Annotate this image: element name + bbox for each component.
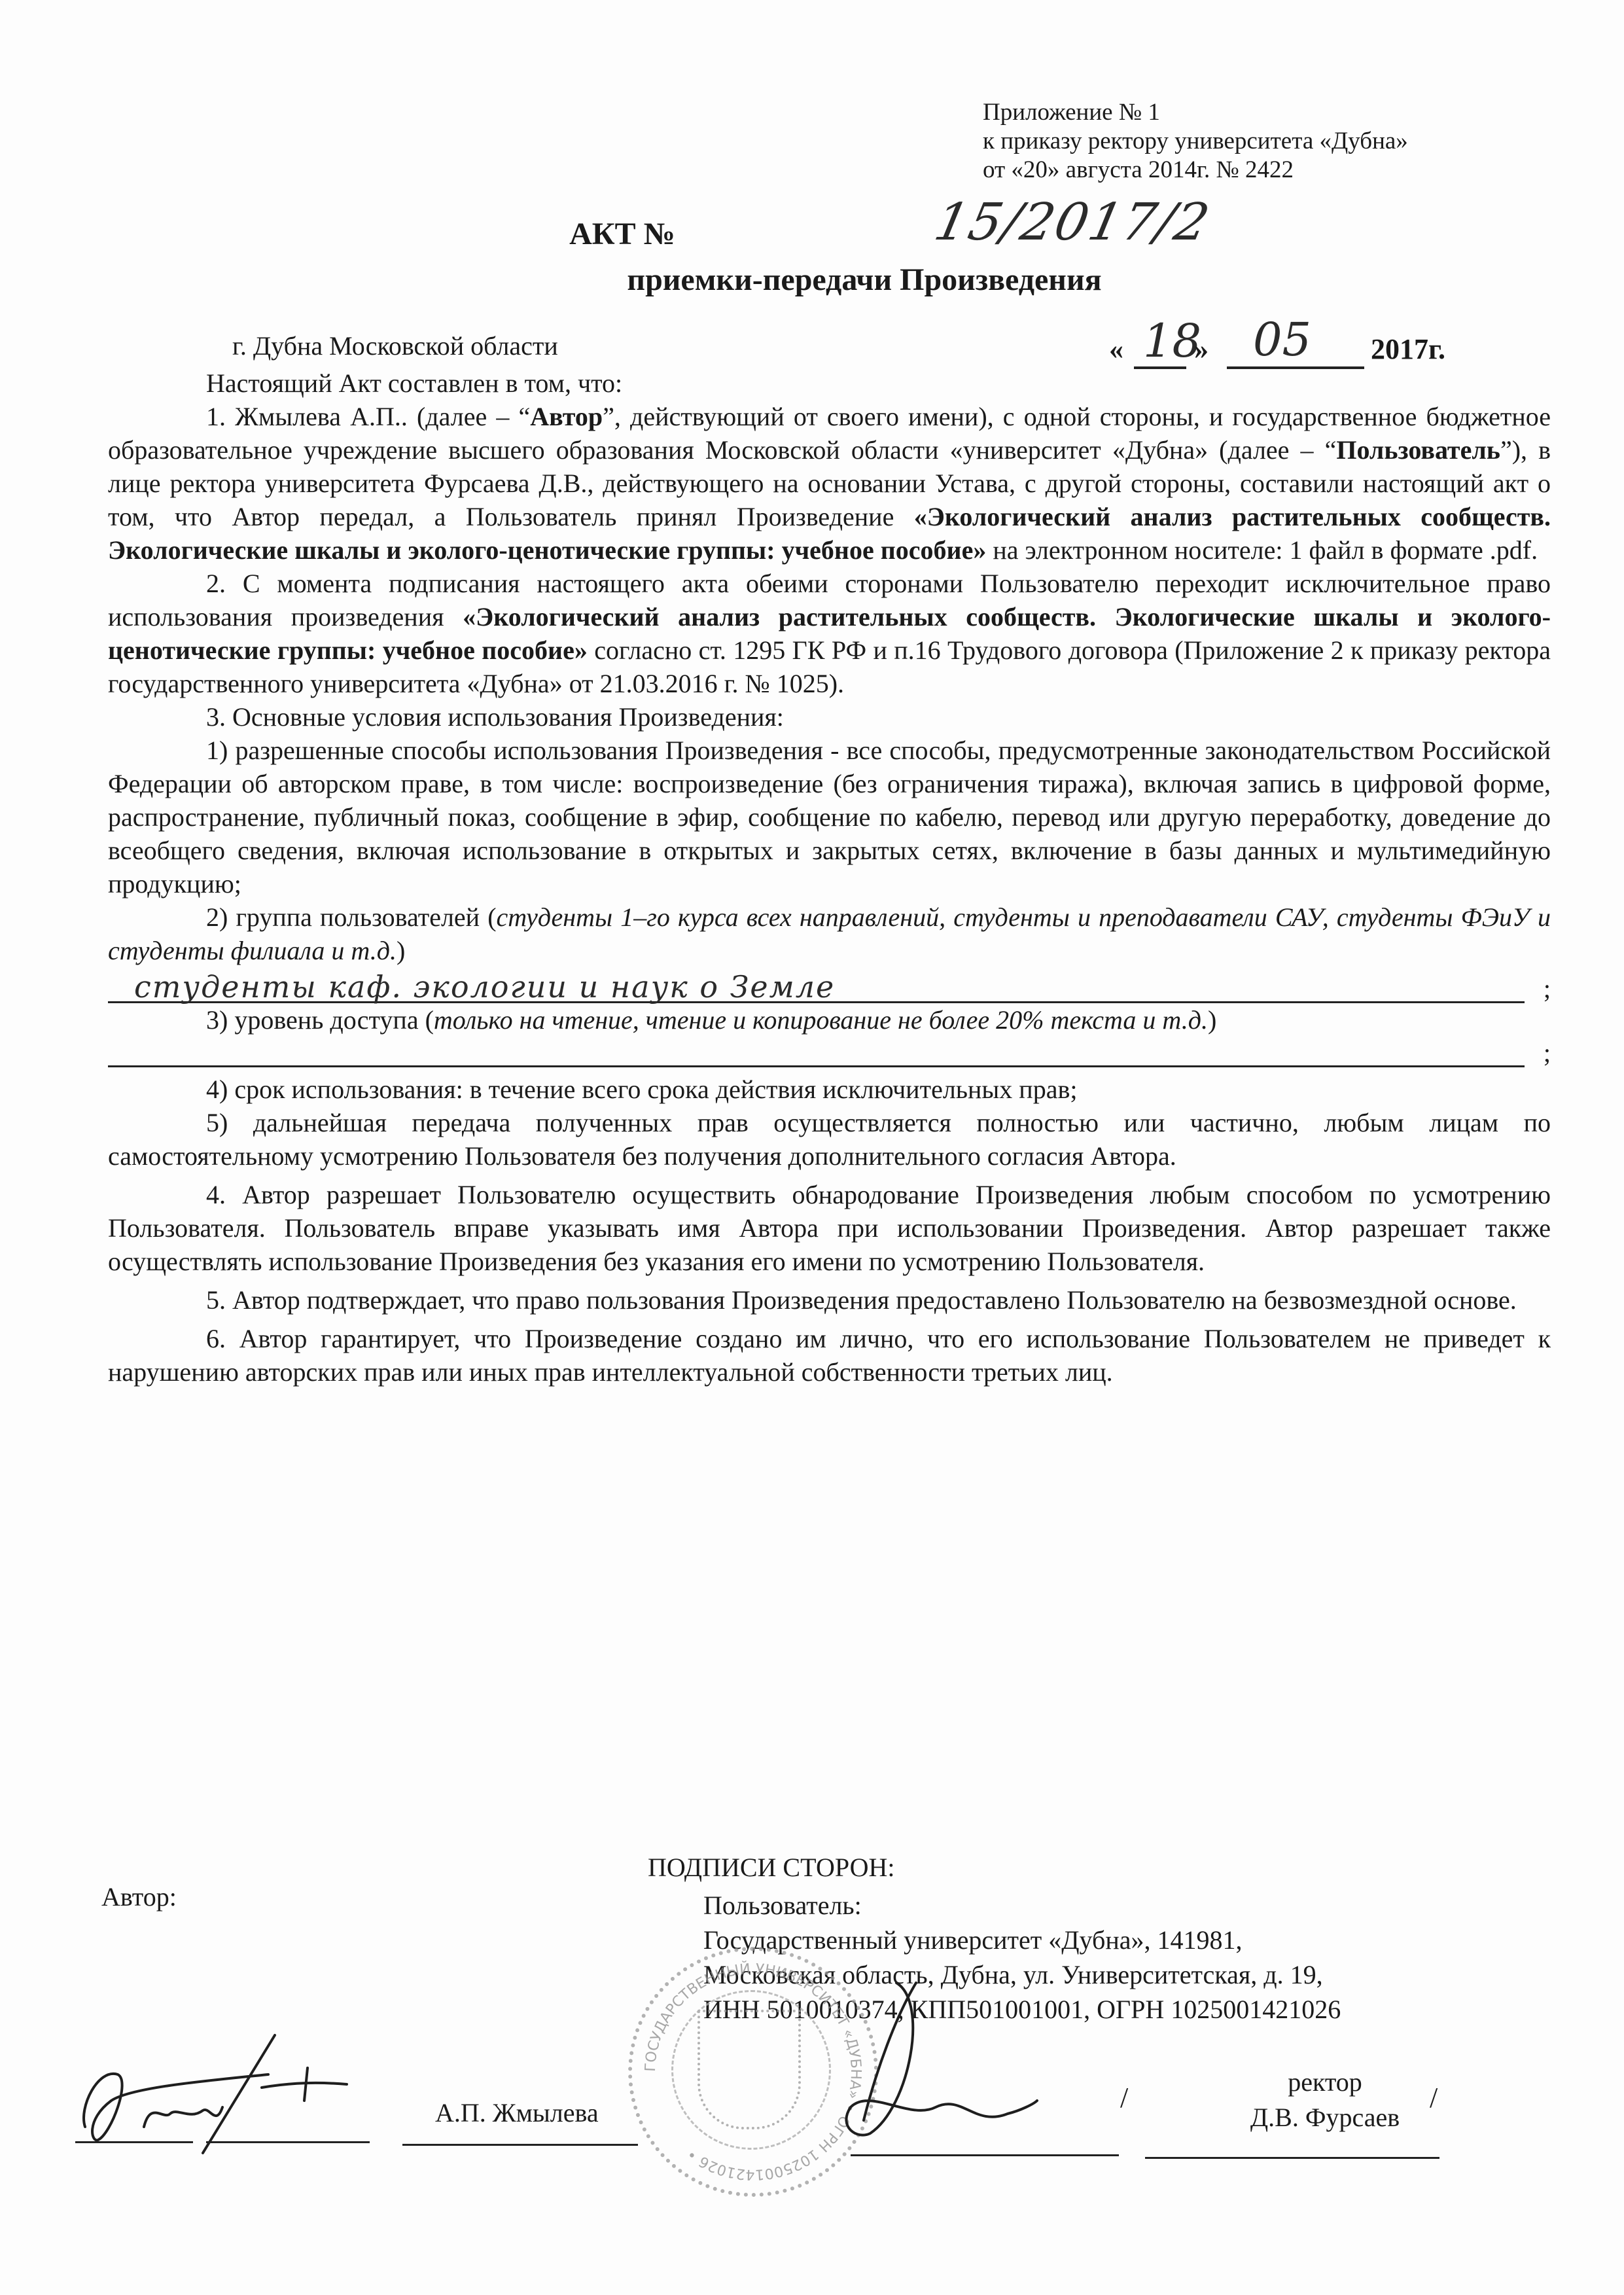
date-day-handwritten: 18: [1143, 314, 1201, 368]
act-subtitle: приемки-передачи Произведения: [0, 262, 1624, 298]
act-number-handwritten: 15/2017/2: [929, 193, 1215, 252]
clause-3-2-close: ): [397, 936, 405, 965]
appendix-line-1: Приложение № 1: [983, 98, 1408, 127]
date-close-quote: »: [1194, 332, 1209, 366]
clause-4: 4. Автор разрешает Пользователю осуществ…: [108, 1178, 1551, 1278]
semicolon: ;: [1544, 1036, 1551, 1069]
clause-2: 2. С момента подписания настоящего акта …: [108, 567, 1551, 700]
clause-1-user-term: Пользователь: [1336, 435, 1500, 465]
act-body: Настоящий Акт составлен в том, что: 1. Ж…: [108, 366, 1551, 1389]
access-level-fill-line: ;: [108, 1037, 1525, 1067]
author-name-line: [402, 2144, 638, 2146]
user-group-handwritten: студенты каф. экологии и наук о Земле: [134, 970, 835, 1004]
clause-1-text-d: на электронном носителе: 1 файл в формат…: [986, 535, 1538, 565]
rector-name-line: [1145, 2157, 1439, 2159]
rector-block: ректор Д.В. Фурсаев: [1233, 2065, 1417, 2135]
intro-paragraph: Настоящий Акт составлен в том, что:: [108, 366, 1551, 400]
clause-3: 3. Основные условия использования Произв…: [108, 700, 1551, 734]
author-label: Автор:: [101, 1881, 177, 1912]
clause-3-3-text: 3) уровень доступа (: [206, 1005, 434, 1035]
author-signature-icon: [72, 2029, 360, 2173]
act-title: АКТ №: [0, 216, 1624, 252]
date-year: 2017г.: [1371, 332, 1445, 366]
clause-3-2-text: 2) группа пользователей (: [206, 902, 497, 932]
slash-right: /: [1430, 2081, 1438, 2114]
clause-3-2: 2) группа пользователей (студенты 1–го к…: [108, 900, 1551, 967]
signatures-heading: ПОДПИСИ СТОРОН:: [648, 1852, 895, 1883]
user-label: Пользователь:: [703, 1888, 1341, 1923]
document-page: Приложение № 1 к приказу ректору универс…: [0, 0, 1624, 2295]
clause-3-3: 3) уровень доступа (только на чтение, чт…: [108, 1003, 1551, 1037]
rector-title: ректор: [1233, 2065, 1417, 2100]
slash-left: /: [1120, 2081, 1128, 2114]
clause-1: 1. Жмылева А.П.. (далее – “Автор”, дейст…: [108, 400, 1551, 567]
author-signature-line-2: [206, 2141, 370, 2143]
rector-name: Д.В. Фурсаев: [1233, 2100, 1417, 2135]
clause-3-4: 4) срок использования: в течение всего с…: [108, 1073, 1551, 1106]
rector-signature-line: [851, 2154, 1119, 2156]
date-month-handwritten: 05: [1253, 313, 1311, 366]
clause-1-author-term: Автор: [530, 402, 603, 431]
clause-3-3-close: ): [1208, 1005, 1216, 1035]
author-signature-line: [75, 2141, 193, 2143]
clause-5: 5. Автор подтверждает, что право пользов…: [108, 1283, 1551, 1317]
appendix-line-3: от «20» августа 2014г. № 2422: [983, 156, 1408, 185]
semicolon: ;: [1544, 972, 1551, 1005]
city-line: г. Дубна Московской области: [232, 330, 558, 361]
clause-3-1: 1) разрешенные способы использования Про…: [108, 734, 1551, 900]
appendix-line-2: к приказу ректору университета «Дубна»: [983, 127, 1408, 156]
appendix-reference: Приложение № 1 к приказу ректору универс…: [983, 98, 1408, 185]
act-date: « 18 » 05 2017г.: [1109, 314, 1449, 366]
date-open-quote: «: [1109, 332, 1123, 366]
user-group-fill-line: студенты каф. экологии и наук о Земле ;: [108, 967, 1525, 1003]
act-label: АКТ №: [569, 217, 675, 251]
clause-3-5: 5) дальнейшая передача полученных прав о…: [108, 1106, 1551, 1173]
rector-signature-icon: [811, 1976, 1086, 2146]
clause-6: 6. Автор гарантирует, что Произведение с…: [108, 1322, 1551, 1389]
clause-3-3-hint: только на чтение, чтение и копирование н…: [434, 1005, 1208, 1035]
clause-1-text-a: 1. Жмылева А.П.. (далее – “: [206, 402, 530, 431]
author-name: А.П. Жмылева: [435, 2097, 599, 2128]
